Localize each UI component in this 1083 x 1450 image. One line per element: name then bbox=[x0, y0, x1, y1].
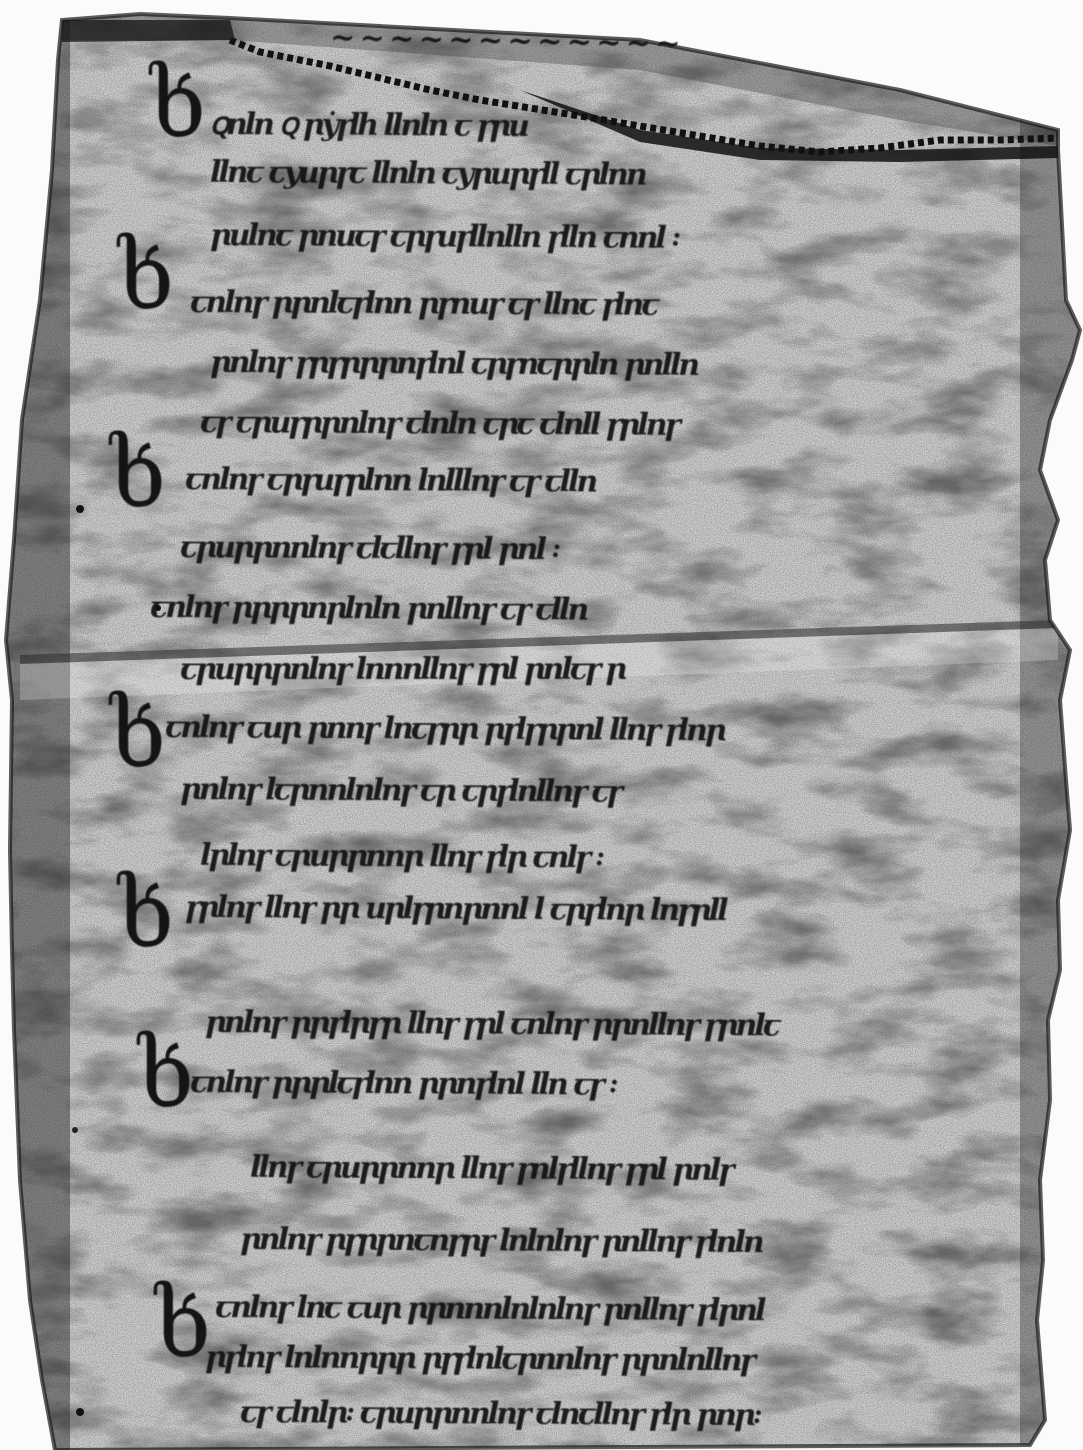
manuscript-line: ꞇnlnꞅ lnꞇ ꞇuꞃ ꞃꞃnnnlnlnlnꞅ ꞃnllnꞅ ꞅlꞃnl bbox=[215, 1290, 1005, 1339]
decorated-initial: ხ bbox=[138, 1030, 194, 1122]
manuscript-line: ꞇꞅ ꞇlnlꞃ꞉ ꞇꞃuꞃꞃnnlnꞅ ꞇlnꞇllnꞅ ꞅlꞃ ꞃnꞃ꞉ bbox=[240, 1395, 1000, 1444]
manuscript-line: lꞃlnꞅ ꞇꞃuꞃꞃnnꞃ llnꞅ ꞅlꞃ ꞇnlꞅ ꞉ bbox=[200, 838, 800, 886]
decorated-initial: ხ bbox=[118, 870, 174, 962]
manuscript-photograph: ~ ~ ~ ~ ~ ~ ~ ~ ~ ~ ~ ~ꞯnln ꞯ ꞃẏꞅlh llnl… bbox=[0, 0, 1083, 1450]
manuscript-line: ꞇnlnꞅ ꞇꞃꞅuꞅꞃlnn lnlllnꞅ ꞇꞅ ꞇlln bbox=[185, 462, 975, 511]
manuscript-line: ꞇnlnꞅ ꞇuꞃ ꞃnnꞅ lnꞇꞅꞃꞃ ꞃꞅlꞅꞃꞃnl llnꞅ ꞅlnꞃ bbox=[165, 710, 1045, 759]
manuscript-line: ꞃnlnꞅ ꞃꞃꞅlꞃꞅꞃ llnꞅ ꞅꞃl ꞇnlnꞅ ꞃꞃnllnꞅ ꞅꞃn… bbox=[205, 1005, 1035, 1054]
manuscript-line: ꞇꞃuꞃꞃꞃnlnꞅ lnnnllnꞅ ꞅꞃl ꞃnlꞇꞅ ꞃ bbox=[180, 652, 980, 696]
manuscript-line: ꞃnlnꞅ ꞅꞃꞅꞃꞃꞃnꞅlnl ꞇꞃꞅnꞇꞃꞃln ꞃnlln bbox=[210, 345, 1070, 394]
manuscript-line: ꞇꞅ ꞇꞃuꞅꞃꞃnlnꞅ ꞇlnln ꞇꞃꞇ ꞇlnll ꞅꞃlnꞅ bbox=[200, 405, 1040, 454]
decorated-initial: ხ bbox=[155, 1280, 211, 1372]
manuscript-line: ꞇnlnꞅ ꞃꞃꞃꞃnꞃlnln ꞃnllnꞅ ꞇꞅ ꞇlln bbox=[150, 590, 970, 639]
manuscript-line: llnꞅ ꞇꞃuꞃꞃnnꞃ llnꞅ ꞅnlꞅllnꞅ ꞅꞃl ꞃnlꞅ bbox=[250, 1150, 970, 1198]
manuscript-line: ꞃnlnꞅ lꞇꞃnnlnlnꞅ ꞇꞃ ꞇꞃꞅlnllnꞅ ꞇꞅ bbox=[180, 772, 940, 821]
manuscript-line: ꞅꞃlnꞅ llnꞅ ꞃꞃ uꞃlꞅꞃnꞃnnl l ꞇꞃꞅlnꞃ lnꞅꞃll bbox=[185, 890, 1075, 939]
manuscript-line: ꞇꞃuꞃꞃnnlnꞅ ꞇlꞇllnꞅ ꞅꞃl ꞃnl ꞉ bbox=[180, 530, 810, 578]
manuscript-line: llnꞇ ꞇyuꞃꞅꞇ llnln ꞇyꞃuꞃꞅll ꞇꞃlnn bbox=[210, 155, 910, 203]
decorated-initial: ხ bbox=[110, 430, 166, 522]
decorated-initial: ხ bbox=[150, 60, 206, 152]
manuscript-line: ꞃulnꞇ ꞃnuꞇꞅ ꞇꞃꞅuꞅllnlln ꞅlln ꞇnnl ꞉ bbox=[210, 218, 980, 267]
manuscript-line: ꞇnlnꞅ ꞃꞃnlꞇꞅlnn ꞃꞅnuꞅ ꞇꞅ llnꞇ ꞅlnꞇ bbox=[190, 285, 1070, 334]
manuscript-line: ꞇnlnꞅ ꞃꞃꞃlꞇꞅlnn ꞃꞃnꞅlnl lln ꞇꞅ ꞉ bbox=[190, 1065, 940, 1114]
decorated-initial: ხ bbox=[110, 690, 166, 782]
manuscript-line: ꞃnlnꞅ ꞃꞅꞃꞃnꞇnꞅꞃꞅ lnlnlnꞅ ꞃnllnꞅ ꞅlnln bbox=[240, 1222, 970, 1270]
manuscript-line: ꞯnln ꞯ ꞃẏꞅlh llnln ꞇ ꞅꞃu bbox=[210, 102, 810, 150]
manuscript-line: ꞃꞅlnꞅ lnlnnꞃꞃꞃ ꞃꞅꞅlnlꞇꞃnnlnꞅ ꞃꞃnlnllnꞅ bbox=[205, 1340, 965, 1389]
decorated-initial: ხ bbox=[118, 232, 174, 324]
